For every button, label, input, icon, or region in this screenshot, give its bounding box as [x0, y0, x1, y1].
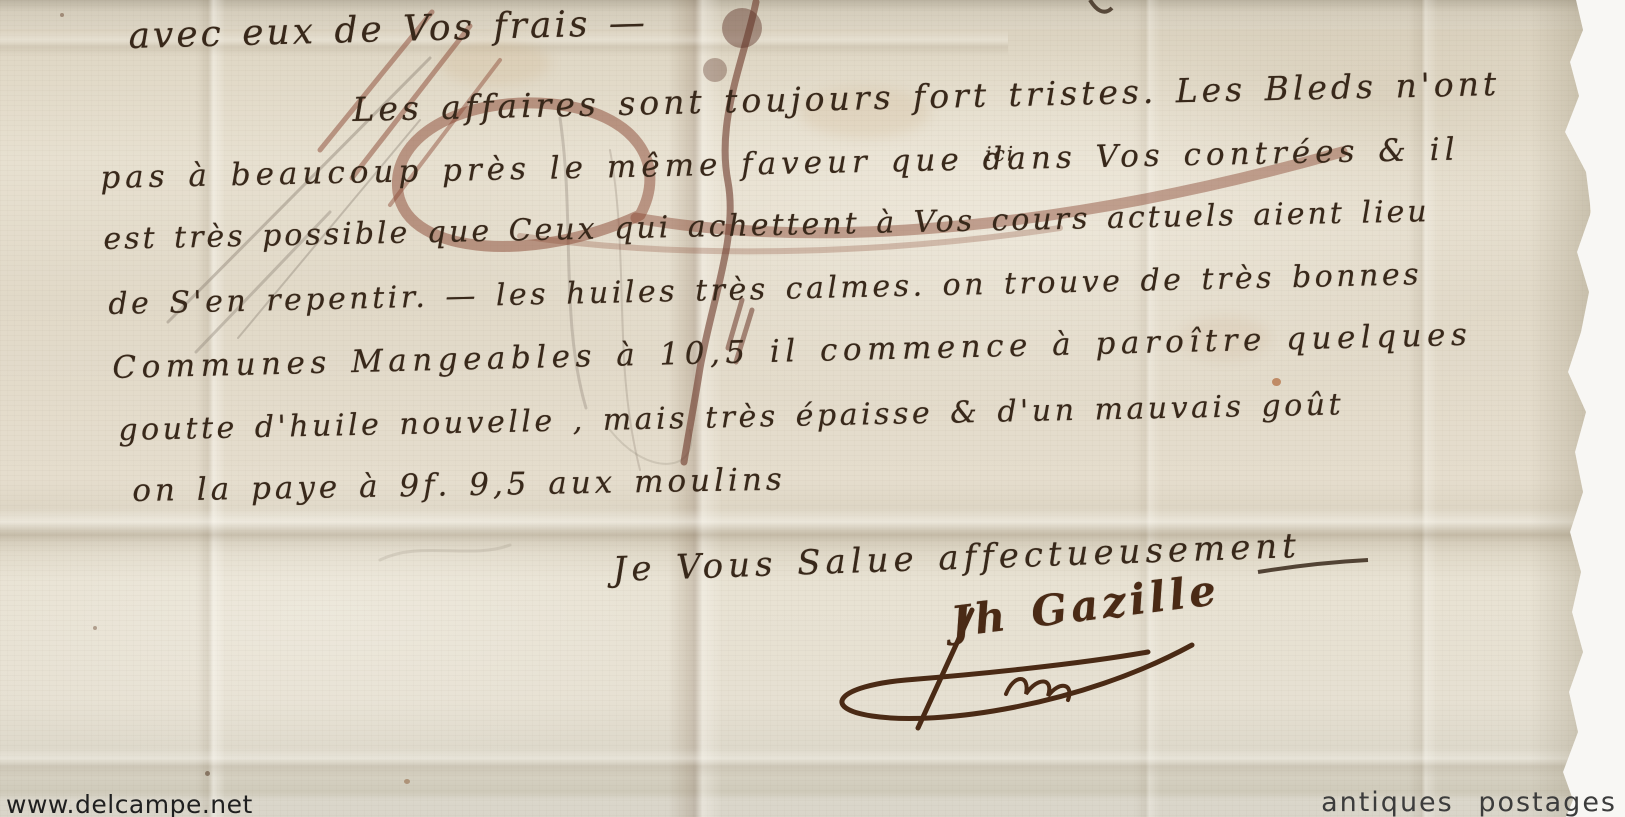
handwriting-superscript-ici: ici: [985, 141, 1015, 166]
fold-line-vertical-far-right: [1408, 0, 1438, 817]
ink-stain-spot: [205, 771, 210, 776]
watermark-delcampe: www.delcampe.net: [6, 790, 253, 817]
ink-stain-spot: [1272, 378, 1281, 386]
ink-stain-spot: [93, 626, 97, 630]
ink-stain-spot: [60, 13, 64, 17]
paper-torn-right-edge-shade: [1530, 0, 1590, 817]
fold-line-vertical-left: [196, 0, 226, 817]
scanned-letter-page: avec eux de Vos frais — Les affaires son…: [0, 0, 1625, 817]
watermark-antiques-postages: antiques postages: [1321, 787, 1617, 817]
ink-stain-spot: [404, 779, 410, 784]
fold-line-horizontal-bottom: [0, 748, 1625, 778]
